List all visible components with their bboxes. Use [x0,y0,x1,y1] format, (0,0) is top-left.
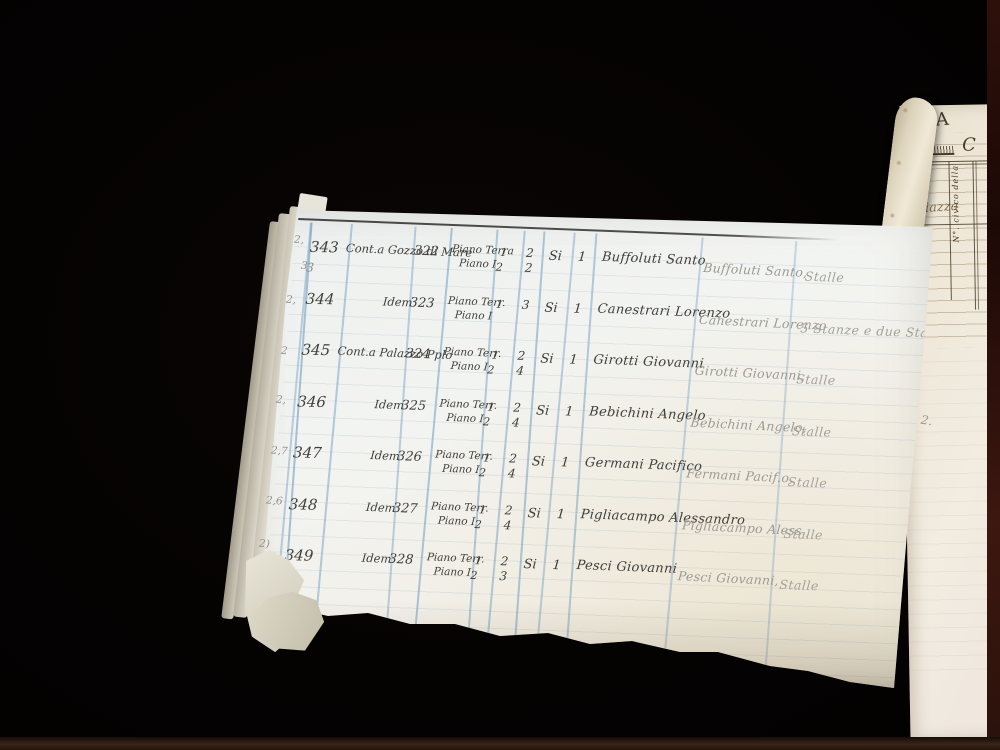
ledger-page: 343Cont.a Gozzo di Mare322Piano TerraPia… [250,200,945,700]
civic-number: 343 [309,238,350,257]
photo-background: A ne C ne a Piazza N°. civico della 2. 3… [0,0,1000,750]
map-number: 328 [388,552,423,568]
rooms-count: 2 [525,246,534,260]
rooms-count: 2 [500,554,509,568]
civic-number: 349 [284,546,325,565]
rooms-count: 1 [474,554,482,567]
unit-count: 1 [565,404,575,419]
civic-number: 348 [288,495,329,514]
table-surface [0,737,1000,750]
torn-edge-shading [250,600,945,700]
stable-note-pencil: Stalle [792,423,833,439]
stable-note-pencil: Stalle [779,577,820,593]
civic-number: 346 [297,392,338,411]
stable-note-pencil: Stalle [804,269,845,285]
rooms-count: 1 [487,400,495,413]
si-mark: Si [531,454,545,469]
si-mark: Si [536,403,550,418]
rooms-count: 2 [474,518,482,531]
si-mark: Si [544,300,558,315]
rooms-count: 1 [499,246,507,259]
map-number: 326 [396,449,431,465]
rooms-count: 1 [495,297,503,310]
floor-label: Piano I [459,257,497,270]
floor-label: Piano I [446,411,484,424]
unit-count: 1 [577,250,587,265]
stable-note-pencil: Stalle [783,525,824,541]
floor-label: Piano I [433,566,471,579]
floor-label: Piano I [437,514,475,527]
unit-count: 1 [569,353,579,368]
rooms-count: 3 [499,569,508,583]
map-number: 327 [392,500,427,516]
margin-mark: 2) [259,538,271,551]
rooms-count: 2 [504,503,513,517]
civic-number: 345 [301,341,342,360]
header-fragment: C [962,135,976,156]
civic-number: 344 [305,289,346,308]
si-mark: Si [523,557,537,572]
floor-label: Piano I [454,309,492,322]
margin-mark: 2 [281,345,289,357]
rooms-count: 2 [509,451,518,465]
rooms-count: 4 [512,415,521,429]
rooms-count: 3 [521,297,530,311]
stable-note-pencil: Stalle [787,474,828,490]
unit-count: 1 [560,455,570,470]
map-number: 325 [401,398,436,414]
map-number: 322 [413,244,448,260]
column-header-vertical: N°. civico della [951,165,967,305]
rooms-count: 4 [507,466,516,480]
map-number: 324 [405,346,440,362]
margin-mark: 2,7 [271,444,288,457]
margin-mark: 2,6 [266,494,283,507]
si-mark: Si [527,506,541,521]
margin-mark: 3 [301,260,309,272]
column-header-text: N°. civico della [951,165,961,243]
rooms-count: 2 [495,261,503,274]
unit-count: 1 [552,558,562,573]
rooms-count: 1 [478,503,486,516]
unit-count: 1 [556,507,566,522]
book-cover-edge [987,0,1000,750]
pencil-squiggle: 2. [920,413,934,429]
floor-label: Piano I [450,360,488,373]
unit-count: 1 [573,301,583,316]
rooms-count: 2 [513,400,522,414]
rooms-count: 2 [517,349,526,363]
rooms-count: 2 [487,363,495,376]
stable-note-pencil: 5 Stanze e due Stalle [800,320,946,341]
rooms-count: 2 [524,261,533,275]
si-mark: Si [540,351,554,366]
rooms-count: 2 [483,415,491,428]
rooms-count: 1 [491,349,499,362]
rooms-count: 2 [478,466,486,479]
margin-mark: 2, [276,394,287,407]
rooms-count: 4 [516,364,525,378]
map-number: 323 [409,295,444,311]
si-mark: Si [548,249,562,264]
rooms-count: 4 [503,518,512,532]
civic-number: 347 [293,443,334,462]
margin-mark: 2, [286,294,297,307]
floor-label: Piano I [442,463,480,476]
rooms-count: 2 [470,569,478,582]
corner-letter: A [935,109,951,131]
stable-note-pencil: Stalle [796,371,837,387]
rooms-count: 1 [483,451,491,464]
margin-mark: 2, [294,234,305,247]
